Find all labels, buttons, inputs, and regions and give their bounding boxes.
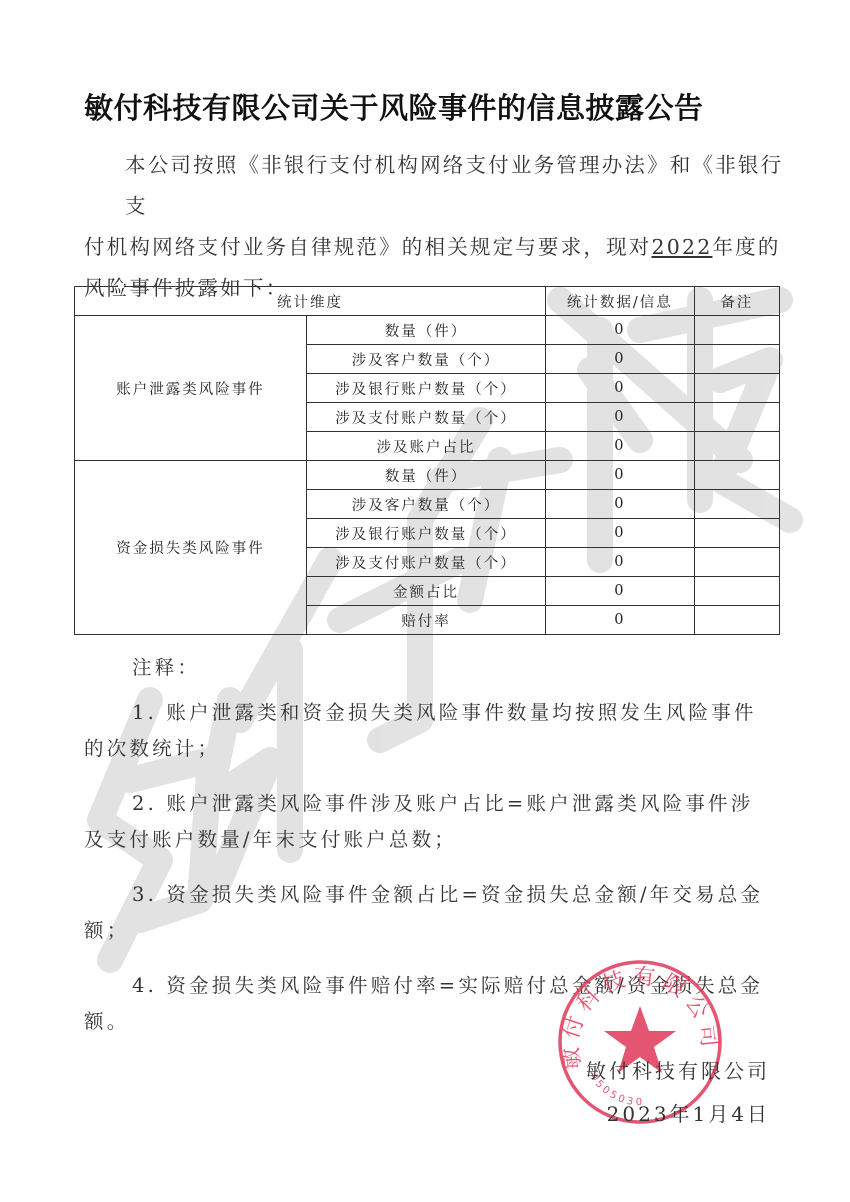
remark-cell bbox=[694, 490, 779, 519]
remark-cell bbox=[694, 432, 779, 461]
table-row: 资金损失类风险事件 数量（件） 0 bbox=[75, 461, 780, 490]
note-item-4-rest: 额。 bbox=[84, 1010, 129, 1033]
remark-cell bbox=[694, 548, 779, 577]
value-cell: 0 bbox=[546, 461, 695, 490]
table-header-row: 统计维度 统计数据/信息 备注 bbox=[75, 287, 780, 316]
intro-line-2-suffix: 年度的 bbox=[712, 235, 780, 259]
remark-cell bbox=[694, 345, 779, 374]
intro-line-2: 付机构网络支付业务自律规范》的相关规定与要求，现对2022年度的 bbox=[84, 227, 784, 268]
metric-cell: 涉及银行账户数量（个） bbox=[306, 374, 545, 403]
intro-paragraph: 本公司按照《非银行支付机构网络支付业务管理办法》和《非银行支 付机构网络支付业务… bbox=[84, 145, 784, 309]
remark-cell bbox=[694, 316, 779, 345]
category-account-leak: 账户泄露类风险事件 bbox=[75, 316, 307, 461]
note-item: 4. 资金损失类风险事件赔付率=实际赔付总金额/资金损失总金额。 bbox=[84, 968, 784, 1041]
note-item-3-rest: 额； bbox=[84, 919, 129, 942]
value-cell: 0 bbox=[546, 345, 695, 374]
remark-cell bbox=[694, 461, 779, 490]
value-cell: 0 bbox=[546, 490, 695, 519]
document-page: 敏付科技有限公司关于风险事件的信息披露公告 本公司按照《非银行支付机构网络支付业… bbox=[0, 0, 850, 1202]
note-item: 3. 资金损失类风险事件金额占比=资金损失总金额/年交易总金额； bbox=[84, 877, 784, 950]
header-dimension: 统计维度 bbox=[75, 287, 546, 316]
table-row: 账户泄露类风险事件 数量（件） 0 bbox=[75, 316, 780, 345]
category-fund-loss: 资金损失类风险事件 bbox=[75, 461, 307, 635]
metric-cell: 数量（件） bbox=[306, 461, 545, 490]
metric-cell: 金额占比 bbox=[306, 577, 545, 606]
remark-cell bbox=[694, 374, 779, 403]
signature-company: 敏付科技有限公司 bbox=[586, 1055, 770, 1084]
value-cell: 0 bbox=[546, 432, 695, 461]
metric-cell: 涉及支付账户数量（个） bbox=[306, 403, 545, 432]
remark-cell bbox=[694, 606, 779, 635]
remark-cell bbox=[694, 519, 779, 548]
document-title: 敏付科技有限公司关于风险事件的信息披露公告 bbox=[84, 86, 784, 127]
value-cell: 0 bbox=[546, 606, 695, 635]
value-cell: 0 bbox=[546, 374, 695, 403]
note-item: 2. 账户泄露类风险事件涉及账户占比=账户泄露类风险事件涉及支付账户数量/年末支… bbox=[84, 786, 784, 859]
note-item-3-first: 3. 资金损失类风险事件金额占比=资金损失总金额/年交易总金 bbox=[84, 883, 763, 906]
metric-cell: 涉及客户数量（个） bbox=[306, 490, 545, 519]
intro-line-1: 本公司按照《非银行支付机构网络支付业务管理办法》和《非银行支 bbox=[84, 145, 784, 227]
metric-cell: 赔付率 bbox=[306, 606, 545, 635]
notes-section: 注释： 1. 账户泄露类和资金损失类风险事件数量均按照发生风险事件的次数统计； … bbox=[84, 650, 784, 1059]
header-remark: 备注 bbox=[694, 287, 779, 316]
metric-cell: 数量（件） bbox=[306, 316, 545, 345]
value-cell: 0 bbox=[546, 548, 695, 577]
intro-line-2-prefix: 付机构网络支付业务自律规范》的相关规定与要求，现对 bbox=[84, 235, 652, 259]
header-data: 统计数据/信息 bbox=[546, 287, 695, 316]
metric-cell: 涉及客户数量（个） bbox=[306, 345, 545, 374]
table-border-gap bbox=[118, 283, 124, 288]
value-cell: 0 bbox=[546, 519, 695, 548]
signature-date: 2023年1月4日 bbox=[607, 1098, 770, 1127]
note-item-4-first: 4. 资金损失类风险事件赔付率=实际赔付总金额/资金损失总金 bbox=[84, 974, 763, 997]
value-cell: 0 bbox=[546, 316, 695, 345]
remark-cell bbox=[694, 577, 779, 606]
risk-event-table: 统计维度 统计数据/信息 备注 账户泄露类风险事件 数量（件） 0 涉及客户数量… bbox=[74, 286, 780, 635]
value-cell: 0 bbox=[546, 577, 695, 606]
remark-cell bbox=[694, 403, 779, 432]
note-item-2-rest: 及支付账户数量/年末支付账户总数； bbox=[84, 828, 457, 851]
note-item: 1. 账户泄露类和资金损失类风险事件数量均按照发生风险事件的次数统计； bbox=[84, 695, 784, 768]
notes-label: 注释： bbox=[84, 650, 784, 687]
note-item-2-first: 2. 账户泄露类风险事件涉及账户占比=账户泄露类风险事件涉 bbox=[84, 792, 753, 815]
value-cell: 0 bbox=[546, 403, 695, 432]
metric-cell: 涉及银行账户数量（个） bbox=[306, 519, 545, 548]
report-year: 2022 bbox=[652, 235, 713, 259]
note-item-1-first: 1. 账户泄露类和资金损失类风险事件数量均按照发生风险事件 bbox=[84, 701, 757, 724]
metric-cell: 涉及支付账户数量（个） bbox=[306, 548, 545, 577]
metric-cell: 涉及账户占比 bbox=[306, 432, 545, 461]
note-item-1-rest: 的次数统计； bbox=[84, 737, 220, 760]
